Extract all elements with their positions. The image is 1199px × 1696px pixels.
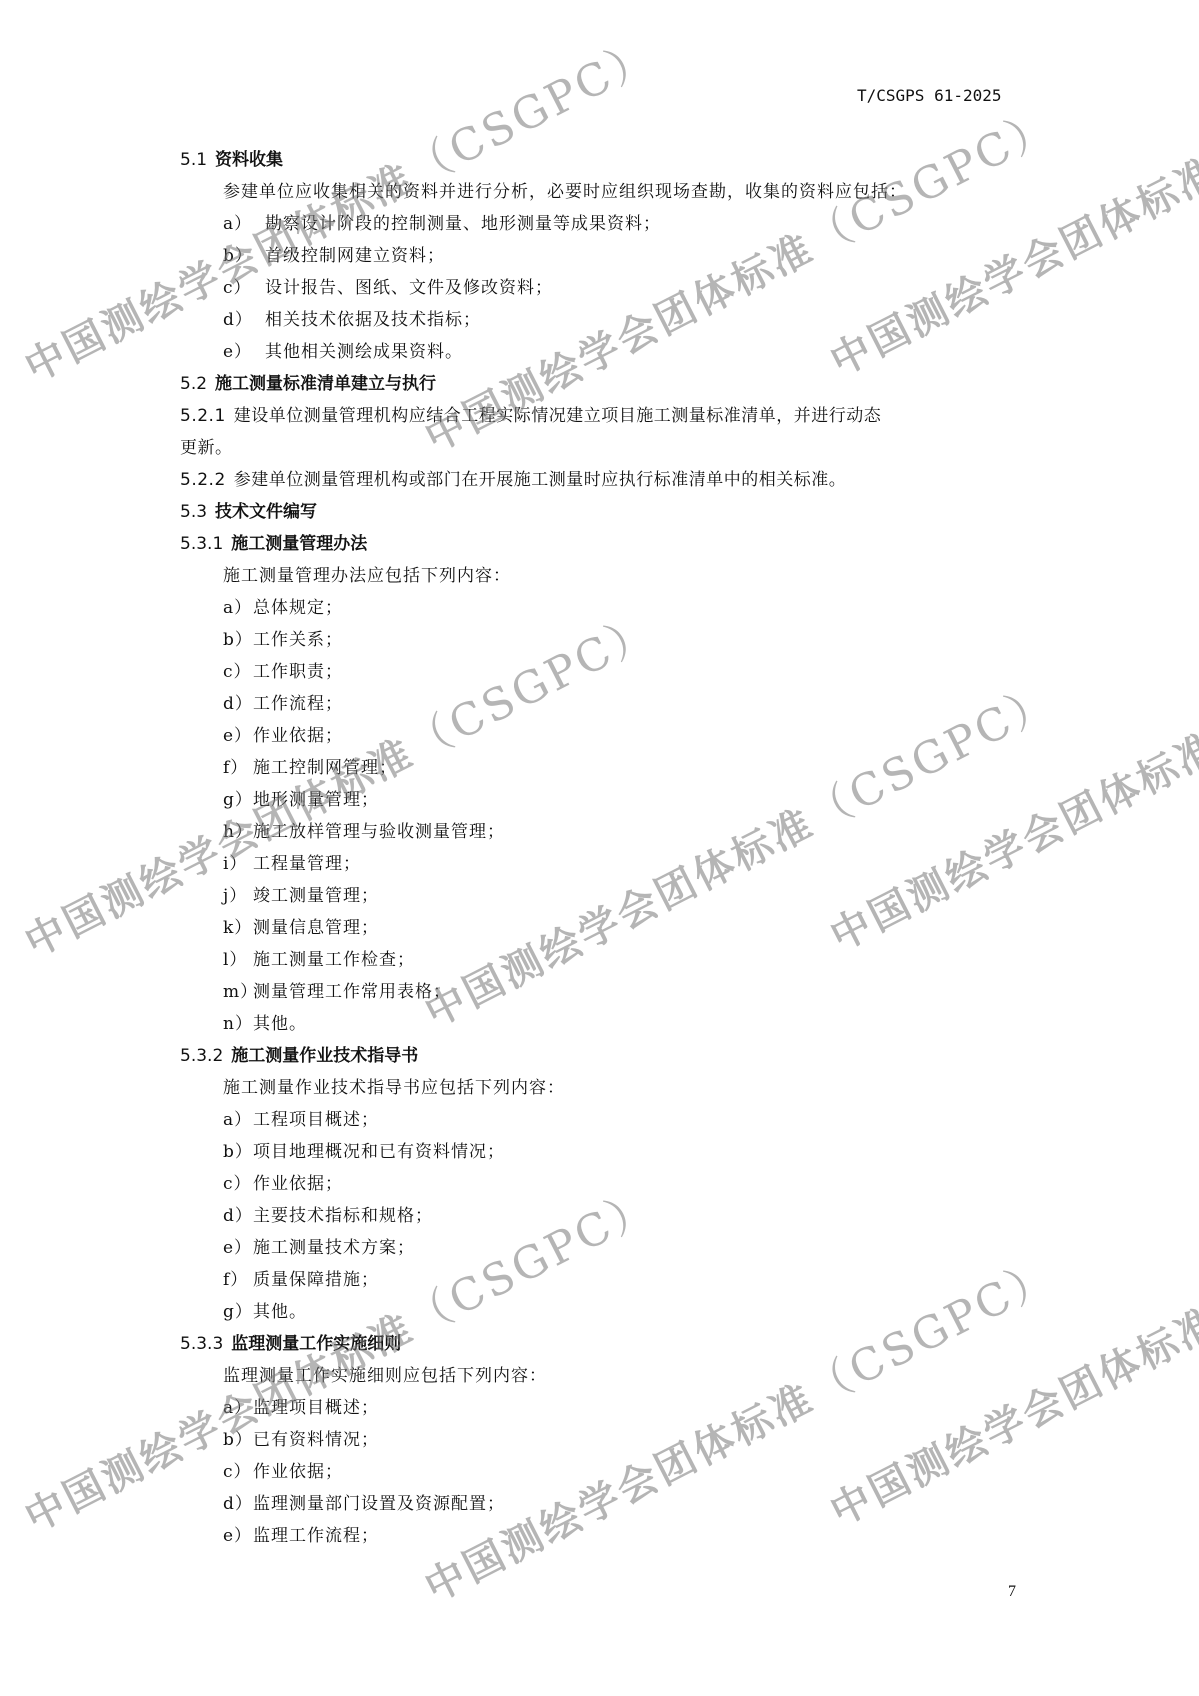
- list-item: m）测量管理工作常用表格；: [223, 982, 451, 1002]
- section-heading-5-3: 5.3技术文件编写: [180, 502, 317, 522]
- standard-code: T/CSGPS 61-2025: [857, 86, 1002, 105]
- section-heading-5-3-1: 5.3.1施工测量管理办法: [180, 534, 367, 554]
- section-heading-5-2: 5.2施工测量标准清单建立与执行: [180, 374, 436, 394]
- list-item: h）施工放样管理与验收测量管理；: [223, 822, 505, 842]
- list-item: e）其他相关测绘成果资料。: [223, 342, 463, 362]
- list-item: d）监理测量部门设置及资源配置；: [223, 1494, 505, 1514]
- list-item: n）其他。: [223, 1014, 307, 1034]
- list-item: e）施工测量技术方案；: [223, 1238, 415, 1258]
- page-number: 7: [1008, 1583, 1016, 1601]
- watermark: 中国测绘学会团体标准（CSGPC）: [411, 1239, 1065, 1614]
- list-item: c）工作职责；: [223, 662, 343, 682]
- clause-5-2-1-continuation: 更新。: [180, 438, 233, 458]
- paragraph: 监理测量工作实施细则应包括下列内容：: [223, 1366, 547, 1386]
- list-item: e）监理工作流程；: [223, 1526, 379, 1546]
- list-item: a）勘察设计阶段的控制测量、地形测量等成果资料；: [223, 214, 661, 234]
- list-item: k）测量信息管理；: [223, 918, 379, 938]
- list-item: d）主要技术指标和规格；: [223, 1206, 433, 1226]
- list-item: d）相关技术依据及技术指标；: [223, 310, 481, 330]
- clause-5-2-1: 5.2.1建设单位测量管理机构应结合工程实际情况建立项目施工测量标准清单，并进行…: [180, 406, 881, 426]
- list-item: l）施工测量工作检查；: [223, 950, 415, 970]
- watermark: 中国测绘学会团体标准: [819, 716, 1199, 962]
- watermark: 中国测绘学会团体标准: [819, 1291, 1199, 1537]
- list-item: b）首级控制网建立资料；: [223, 246, 445, 266]
- list-item: g）其他。: [223, 1302, 307, 1322]
- paragraph: 施工测量作业技术指导书应包括下列内容：: [223, 1078, 565, 1098]
- list-item: c）作业依据；: [223, 1462, 343, 1482]
- section-heading-5-3-2: 5.3.2施工测量作业技术指导书: [180, 1046, 418, 1066]
- watermark: 中国测绘学会团体标准: [819, 141, 1199, 387]
- list-item: b）已有资料情况；: [223, 1430, 379, 1450]
- list-item: b）项目地理概况和已有资料情况；: [223, 1142, 505, 1162]
- list-item: e）作业依据；: [223, 726, 343, 746]
- section-heading-5-3-3: 5.3.3监理测量工作实施细则: [180, 1334, 401, 1354]
- list-item: c）作业依据；: [223, 1174, 343, 1194]
- watermark: 中国测绘学会团体标准（CSGPC）: [11, 19, 665, 394]
- list-item: f）施工控制网管理；: [223, 758, 397, 778]
- paragraph: 施工测量管理办法应包括下列内容：: [223, 566, 511, 586]
- list-item: a）总体规定；: [223, 598, 343, 618]
- list-item: g）地形测量管理；: [223, 790, 379, 810]
- list-item: f）质量保障措施；: [223, 1270, 379, 1290]
- section-heading-5-1: 5.1资料收集: [180, 150, 283, 170]
- watermark: 中国测绘学会团体标准（CSGPC）: [411, 664, 1065, 1039]
- list-item: i）工程量管理；: [223, 854, 361, 874]
- paragraph: 参建单位应收集相关的资料并进行分析，必要时应组织现场查勘，收集的资料应包括：: [223, 182, 907, 202]
- list-item: d）工作流程；: [223, 694, 343, 714]
- list-item: c）设计报告、图纸、文件及修改资料；: [223, 278, 553, 298]
- list-item: j）竣工测量管理；: [223, 886, 379, 906]
- list-item: b）工作关系；: [223, 630, 343, 650]
- clause-5-2-2: 5.2.2参建单位测量管理机构或部门在开展施工测量时应执行标准清单中的相关标准。: [180, 470, 846, 490]
- list-item: a）工程项目概述；: [223, 1110, 379, 1130]
- list-item: a）监理项目概述；: [223, 1398, 379, 1418]
